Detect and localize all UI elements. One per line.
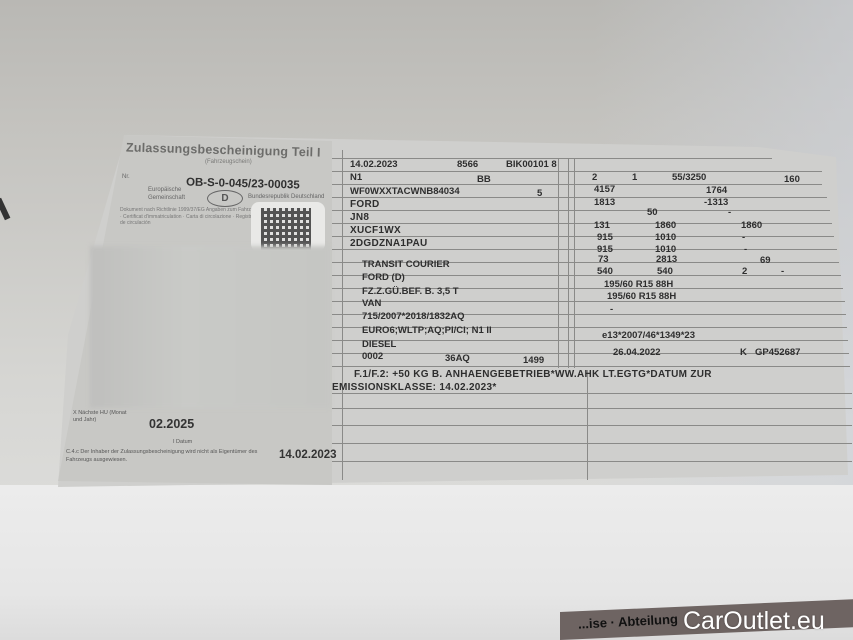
field-fuel-code: 0002 [362, 351, 383, 362]
eu-label: Europäische Gemeinschaft [148, 186, 208, 202]
field-trailer-unbraked: 540 [657, 266, 673, 277]
field-emission-code: 36AQ [445, 353, 470, 364]
field-tank: 50 [647, 207, 658, 218]
field-axle1-load-max: 1010 [655, 232, 676, 243]
field-variant: XUCF1WX [350, 225, 401, 236]
field-drive-noise: 69 [760, 255, 771, 266]
field-rpm: 2813 [656, 254, 677, 265]
next-inspection-value: 02.2025 [149, 417, 194, 431]
field-co2: 131 [594, 220, 610, 231]
field-approval-date: 26.04.2022 [613, 347, 661, 358]
document-subtitle: (Fahrzeugschein) [205, 159, 252, 165]
field-width: 1764 [706, 185, 727, 196]
field-seats: 2 [742, 266, 747, 277]
field-height: 1813 [594, 197, 615, 208]
qr-code [261, 208, 311, 250]
field-max-speed: 160 [784, 174, 800, 185]
country-badge: D [207, 190, 243, 207]
field-vehicle-class: FZ.Z.GÜ.BEF. B. 3,5 T [362, 286, 459, 297]
field-manufacturer: FORD (D) [362, 272, 405, 283]
field-version: 2DGDZNA1PAU [350, 238, 428, 249]
field-emission-regulation: 715/2007*2018/1832AQ [362, 311, 464, 322]
field-driven-axles: 1 [632, 172, 637, 183]
field-body-code: BB [477, 174, 491, 185]
field-body: VAN [362, 298, 381, 309]
field-tire-rear: 195/60 R15 88H [607, 291, 676, 302]
field-code-2-1: 8566 [457, 159, 478, 170]
next-inspection-label: X Nächste HU (Monat und Jahr) [73, 410, 133, 424]
remarks-line-1: F.1/F.2: +50 KG B. ANHAENGEBETRIEB*WW.AH… [354, 369, 712, 380]
field-code-2-2: BIK00101 8 [506, 159, 557, 170]
field-mass-range: -1313 [704, 197, 728, 208]
fields-grid: 14.02.2023 8566 BIK00101 8 N1 BB WF0WXXT… [332, 150, 852, 480]
field-axle1-dash: - [742, 232, 745, 243]
field-axle1-load: 915 [597, 232, 613, 243]
field-type-approval: e13*2007/46*1349*23 [602, 330, 695, 341]
date-label: I Datum [173, 439, 192, 445]
field-axles: 2 [592, 172, 597, 183]
field-mass-f2: 1860 [741, 220, 762, 231]
field-axle2-dash: - [744, 244, 747, 255]
field-k-value: GP452687 [755, 347, 800, 358]
field-trailer-braked: 540 [597, 266, 613, 277]
field-type: JN8 [350, 212, 369, 223]
field-tire-front: 195/60 R15 88H [604, 279, 673, 290]
remarks-line-2: EMISSIONSKLASSE: 14.02.2023* [332, 382, 497, 393]
field-date: 14.02.2023 [350, 159, 398, 170]
field-vin-check: 5 [537, 188, 542, 199]
field-vin: WF0WXXTACWNB84034 [350, 186, 460, 197]
field-emission-class: EURO6;WLTP;AQ;PI/CI; N1 II [362, 325, 492, 336]
watermark-logo: CarOutlet.eu [683, 607, 825, 636]
pen-tip [0, 198, 10, 220]
field-mass-f1: 1860 [655, 220, 676, 231]
field-length: 4157 [594, 184, 615, 195]
field-power: 55/3250 [672, 172, 706, 183]
field-fuel: DIESEL [362, 339, 396, 350]
field-displacement: 1499 [523, 355, 544, 366]
field-standing: - [781, 266, 784, 277]
field-remark-dash: - [610, 304, 613, 315]
redacted-area [90, 246, 330, 408]
issue-date: 14.02.2023 [279, 449, 337, 461]
nr-label: Nr. [122, 174, 130, 180]
field-tank-dash: - [728, 207, 731, 218]
field-trade-name: TRANSIT COURIER [362, 259, 450, 270]
owner-note: C.4.c Der Inhaber der Zulassungsbeschein… [66, 448, 281, 464]
field-make: FORD [350, 199, 380, 210]
country-label: Bundesrepublik Deutschland [248, 194, 324, 200]
field-class: N1 [350, 172, 362, 183]
field-k-label: K [740, 347, 747, 358]
field-noise: 73 [598, 254, 609, 265]
